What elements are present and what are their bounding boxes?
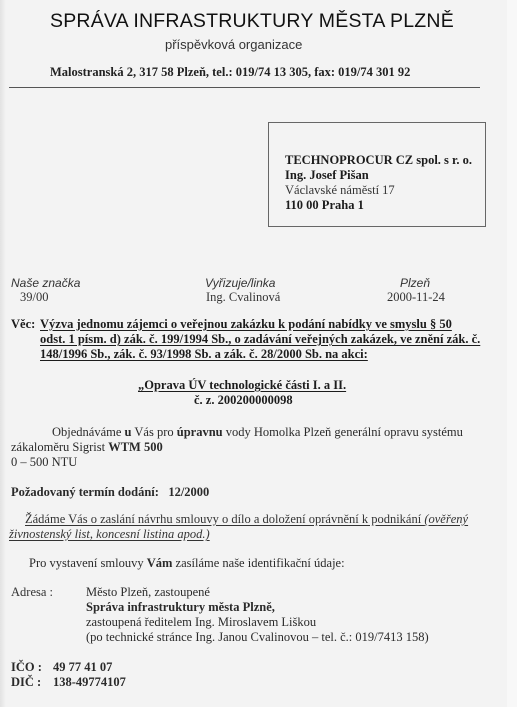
order-text: vody Homolka Plzeň generální opravu syst…: [223, 425, 463, 439]
recipient-person: Ing. Josef Pišan: [285, 168, 369, 183]
dic-value: 138-49774107: [53, 675, 126, 690]
organization-name: SPRÁVA INFRASTRUKTURY MĚSTA PLZNĚ: [50, 10, 454, 33]
address-label: Adresa :: [11, 585, 53, 600]
subject-line: Výzva jednomu zájemci o veřejnou zakázku…: [40, 317, 452, 332]
organization-subtitle: příspěvková organizace: [165, 37, 302, 52]
organization-contact-line: Malostranská 2, 317 58 Plzeň, tel.: 019/…: [50, 65, 410, 80]
request-text-italic: (ověřený: [424, 512, 468, 526]
project-title: „Oprava ÚV technologické části I. a II.: [138, 378, 346, 393]
delivery-term-label: Požadovaný termín dodání:: [11, 485, 159, 499]
recipient-company: TECHNOPROCUR CZ spol. s r. o.: [285, 153, 472, 168]
dic-label: DIČ :: [11, 675, 41, 690]
order-range: 0 – 500 NTU: [11, 455, 77, 470]
order-paragraph-line-1: Objednáváme u Vás pro úpravnu vody Homol…: [52, 425, 463, 440]
recipient-address-box: TECHNOPROCUR CZ spol. s r. o. Ing. Josef…: [268, 122, 486, 227]
scan-edge: [507, 0, 517, 707]
date-value: 2000-11-24: [387, 290, 445, 305]
recipient-street: Václavské náměstí 17: [285, 183, 395, 198]
our-reference-value: 39/00: [20, 290, 48, 305]
order-paragraph-line-2: zákaloměru Sigrist WTM 500: [11, 440, 163, 455]
our-reference-label: Naše značka: [11, 276, 80, 290]
identification-intro-text: Pro vystavení smlouvy: [29, 556, 147, 570]
handler-label: Vyřizuje/linka: [205, 276, 275, 290]
subject-line: odst. 1 písm. d) zák. č. 199/1994 Sb., o…: [40, 332, 480, 347]
request-text: Žádáme Vás o zaslání návrhu smlouvy o dí…: [25, 512, 424, 526]
delivery-term: Požadovaný termín dodání: 12/2000: [11, 485, 209, 500]
request-paragraph-line-2: živnostenský list, koncesní listina apod…: [9, 527, 210, 542]
request-text-italic: živnostenský list, koncesní listina apod…: [9, 527, 210, 541]
request-paragraph-line-1: Žádáme Vás o zaslání návrhu smlouvy o dí…: [25, 512, 468, 527]
subject-label: Věc:: [11, 317, 35, 332]
identification-intro-text: Vám: [147, 556, 173, 570]
address-line: (po technické stránce Ing. Janou Cvalino…: [86, 630, 429, 645]
recipient-city: 110 00 Praha 1: [285, 198, 364, 213]
subject-line: 148/1996 Sb., zák. č. 93/1998 Sb. a zák.…: [40, 347, 368, 362]
address-line: zastoupená ředitelem Ing. Miroslavem Liš…: [86, 615, 316, 630]
identification-intro: Pro vystavení smlouvy Vám zasíláme naše …: [29, 556, 345, 571]
delivery-term-value: 12/2000: [168, 485, 209, 499]
identification-intro-text: zasíláme naše identifikační údaje:: [172, 556, 344, 570]
project-number: č. z. 200200000098: [194, 393, 293, 408]
header-divider: [9, 87, 480, 88]
handler-value: Ing. Cvalinová: [206, 290, 280, 305]
device-model: WTM 500: [108, 440, 163, 454]
ico-label: IČO :: [11, 660, 42, 675]
order-text: úpravnu: [177, 425, 223, 439]
ico-value: 49 77 41 07: [53, 660, 112, 675]
place-label: Plzeň: [400, 276, 430, 290]
address-line: Správa infrastruktury města Plzně,: [86, 600, 275, 615]
address-line: Město Plzeň, zastoupené: [86, 585, 210, 600]
order-text: Objednáváme: [52, 425, 125, 439]
scan-edge: [0, 0, 6, 707]
order-text: Vás pro: [132, 425, 177, 439]
order-text: u: [125, 425, 132, 439]
order-text: zákaloměru Sigrist: [11, 440, 108, 454]
